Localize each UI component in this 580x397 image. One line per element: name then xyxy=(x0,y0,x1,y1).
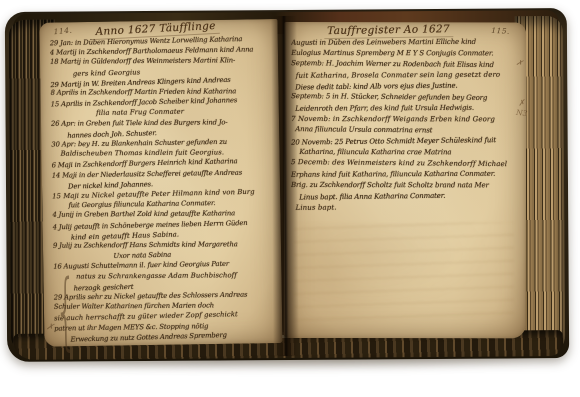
manuscript-line: Augusti in Düben des Leinwebers Martini … xyxy=(291,37,523,49)
left-page-number: 114. xyxy=(53,26,72,37)
ink-bleed-through xyxy=(294,222,514,322)
manuscript-line: Erphans kind fuit Katharina, filiuncula … xyxy=(291,169,523,181)
book-gutter xyxy=(271,16,299,356)
right-page: 115. Tauffregister Ao 1627 Augusti in Dü… xyxy=(284,22,527,338)
manuscript-line: Leidenroth den Pfarr, des kind fuit Ursu… xyxy=(291,103,523,115)
right-page-number: 115. xyxy=(491,26,510,36)
right-margin-mark: ✗ xyxy=(518,98,526,108)
photograph-of-open-register: 114. Anno 1627 Täufflinge 29 Jan: in Düb… xyxy=(0,0,580,397)
left-page-manuscript-lines: 29 Jan: in Düben Hieronymus Wentz Lorwel… xyxy=(50,34,280,344)
right-page-manuscript-lines: Augusti in Düben des Leinwebers Martini … xyxy=(291,37,523,223)
left-margin-mark: ✗ xyxy=(45,322,54,333)
open-book: 114. Anno 1627 Täufflinge 29 Jan: in Düb… xyxy=(5,8,569,362)
left-page: 114. Anno 1627 Täufflinge 29 Jan: in Düb… xyxy=(39,19,282,347)
right-margin-mark: N3 xyxy=(515,108,527,118)
margin-brace: { xyxy=(54,268,77,352)
manuscript-line: Linus bapt. xyxy=(291,202,523,214)
